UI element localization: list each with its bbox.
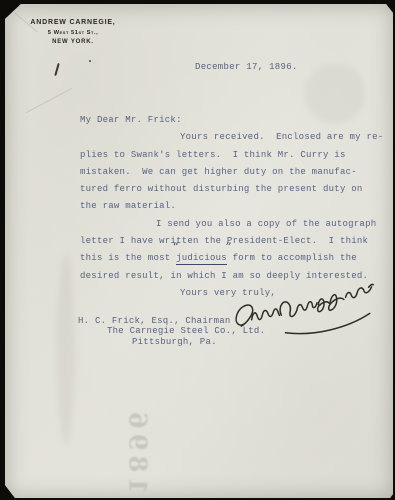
paper-smudge <box>57 254 75 444</box>
salutation: My Dear Mr. Frick: <box>80 112 380 129</box>
recipient-line: The Carnegie Steel Co., Ltd. <box>78 326 265 336</box>
body-line: plies to Swank's letters. I think Mr. Cu… <box>80 147 380 164</box>
date-line: December 17, 1896. <box>195 62 298 72</box>
letterhead-name: ANDREW CARNEGIE, <box>25 18 121 29</box>
inserted-close-quote: ” <box>224 241 232 254</box>
recipient-line: H. C. Frick, Esq., Chairman <box>78 316 265 326</box>
letterhead-city: NEW YORK. <box>25 38 121 47</box>
ink-dot <box>89 60 91 62</box>
judicious-word: judicious <box>176 253 227 265</box>
judicious-before: this is the most <box>80 253 176 263</box>
paper-sheet: ANDREW CARNEGIE, 5 West 51st St., NEW YO… <box>5 4 393 498</box>
letterhead-street: 5 West 51st St., <box>25 29 121 38</box>
paper-crease <box>26 88 72 113</box>
letter-scan: ANDREW CARNEGIE, 5 West 51st St., NEW YO… <box>0 0 395 500</box>
body-line-judicious: this is the most “judicious” form to acc… <box>80 250 380 267</box>
body-line: mistaken. We can get higher duty on the … <box>80 164 380 181</box>
inserted-open-quote: “ <box>172 241 180 254</box>
judicious-word-wrap: “judicious” <box>176 250 227 267</box>
bleed-through-stamp: 1896 <box>124 406 153 496</box>
letterhead: ANDREW CARNEGIE, 5 West 51st St., NEW YO… <box>25 18 121 47</box>
body-line: I send you also a copy of the autograph <box>80 216 380 233</box>
body-line: tured ferro without disturbing the prese… <box>80 181 380 198</box>
letter-body: My Dear Mr. Frick: Yours received. Enclo… <box>80 112 380 302</box>
ink-mark <box>54 63 60 76</box>
judicious-after: form to accomplish the <box>227 253 357 263</box>
recipient-block: H. C. Frick, Esq., Chairman The Carnegie… <box>78 316 265 347</box>
body-line: Yours received. Enclosed are my re- <box>80 129 380 146</box>
recipient-line: Pittsburgh, Pa. <box>78 337 265 347</box>
body-line: the raw material. <box>80 198 380 215</box>
